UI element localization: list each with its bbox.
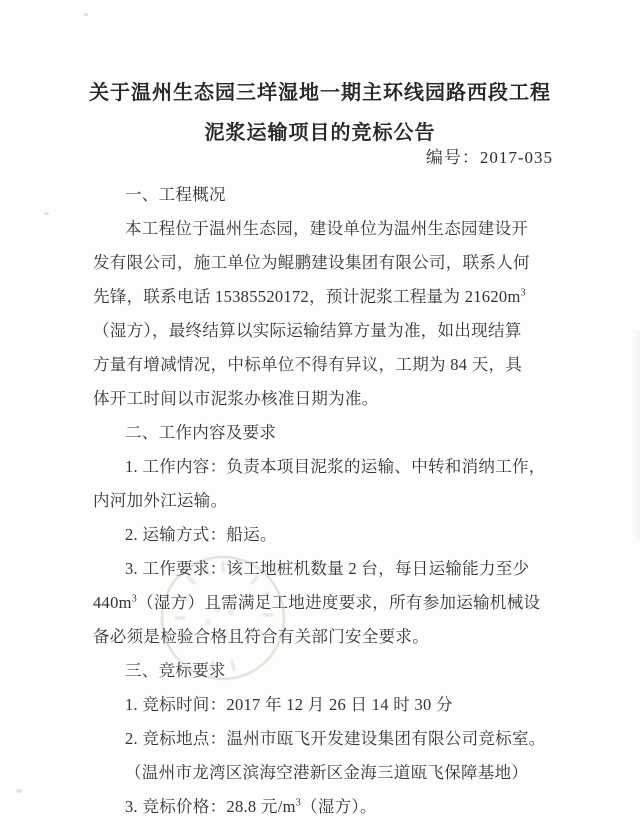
doc-line: 备必须是检验合格且符合有关部门安全要求。 (93, 620, 571, 654)
doc-line: 1. 工作内容：负责本项目泥浆的运输、中转和消纳工作， (93, 450, 571, 484)
doc-line: 2. 运输方式：船运。 (93, 518, 571, 552)
scan-speck (44, 212, 49, 215)
doc-title-line-1: 关于温州生态园三垟湿地一期主环线园路西段工程 (0, 79, 640, 107)
doc-line: 3. 工作要求：该工地桩机数量 2 台，每日运输能力至少 (93, 552, 571, 586)
doc-line: （湿方），最终结算以实际运输结算方量为准，如出现结算 (93, 314, 571, 348)
superscript: 3 (296, 798, 301, 809)
superscript: 3 (132, 594, 137, 605)
doc-line: 方量有增减情况，中标单位不得有异议，工期为 84 天，具 (93, 348, 571, 382)
doc-line: 内河加外江运输。 (93, 484, 571, 518)
doc-line: 本工程位于温州生态园，建设单位为温州生态园建设开 (93, 212, 571, 246)
scan-edge-shade (632, 330, 640, 540)
section-heading: 二、工作内容及要求 (93, 416, 571, 450)
doc-line: 1. 竞标时间：2017 年 12 月 26 日 14 时 30 分 (93, 688, 571, 722)
scan-speck (84, 13, 88, 16)
document-body: 一、工程概况本工程位于温州生态园，建设单位为温州生态园建设开发有限公司，施工单位… (93, 178, 571, 824)
doc-line: 3. 竞标价格：28.8 元/m3（湿方）。 (93, 790, 571, 824)
doc-line: （温州市龙湾区滨海空港新区金海三道瓯飞保障基地） (93, 756, 571, 790)
section-heading: 一、工程概况 (93, 178, 571, 212)
scanned-document-page: 关于温州生态园三垟湿地一期主环线园路西段工程 泥浆运输项目的竞标公告 编号：20… (0, 0, 640, 825)
doc-number: 编号：2017-035 (426, 146, 553, 170)
doc-line: 发有限公司，施工单位为鲲鹏建设集团有限公司，联系人何 (93, 246, 571, 280)
doc-line: 先锋，联系电话 15385520172，预计泥浆工程量为 21620m3 (93, 280, 571, 314)
doc-title-line-2: 泥浆运输项目的竞标公告 (0, 119, 640, 147)
doc-line: 440m3（湿方）且需满足工地进度要求，所有参加运输机械设 (93, 586, 571, 620)
section-heading: 三、竞标要求 (93, 654, 571, 688)
doc-line: 体开工时间以市泥浆办核准日期为准。 (93, 382, 571, 416)
superscript: 3 (521, 288, 526, 299)
doc-line: 2. 竞标地点：温州市瓯飞开发建设集团有限公司竞标室。 (93, 722, 571, 756)
scan-speck (16, 789, 22, 793)
